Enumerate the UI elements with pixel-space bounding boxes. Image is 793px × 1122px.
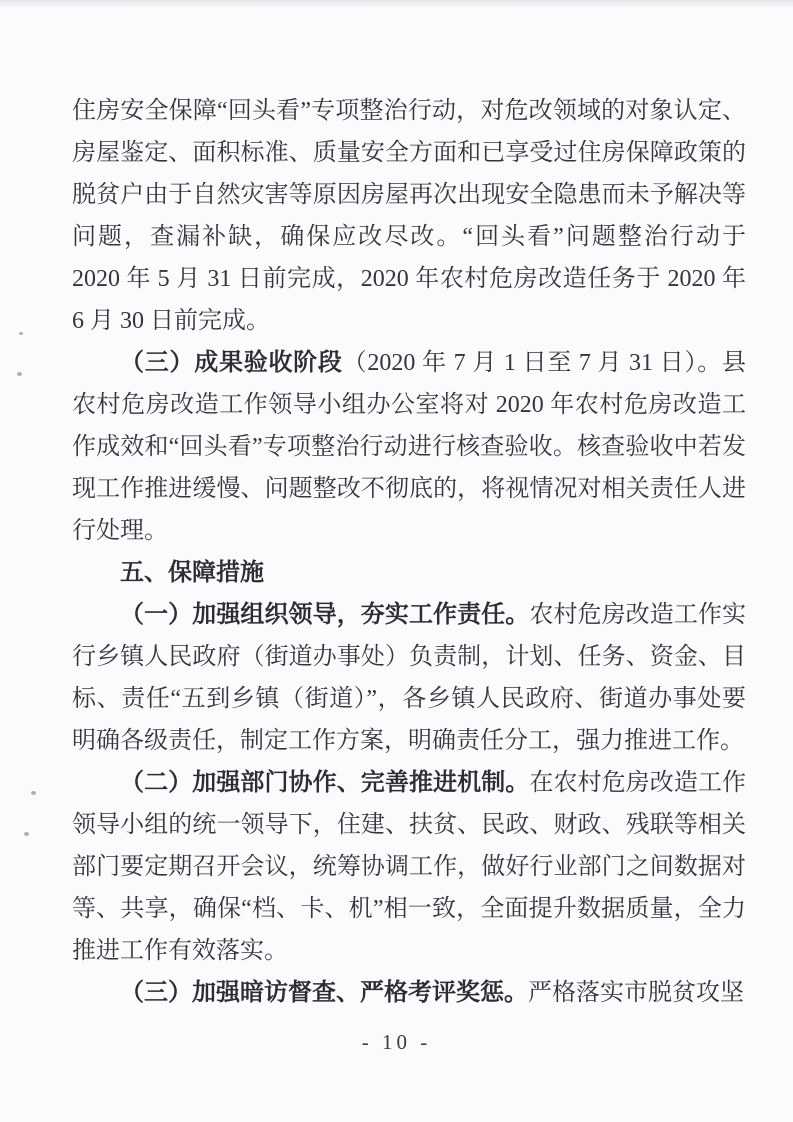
paragraph-acceptance-stage: （三）成果验收阶段（2020 年 7 月 1 日至 7 月 31 日）。县农村危… [72,342,746,552]
document-body: 住房安全保障“回头看”专项整治行动，对危改领域的对象认定、房屋鉴定、面积标准、质… [72,90,746,1014]
paragraph-lead: （三）成果验收阶段 [120,349,343,376]
scan-artifact-speck [17,372,22,376]
page-number: - 10 - [0,1030,793,1055]
section-heading-text: 五、保障措施 [120,559,264,586]
paragraph-strengthen-leadership: （一）加强组织领导，夯实工作责任。农村危房改造工作实行乡镇人民政府（街道办事处）… [72,594,746,762]
paragraph-lead: （二）加强部门协作、完善推进机制。 [120,769,529,796]
paragraph-lead: （一）加强组织领导，夯实工作责任。 [120,601,529,628]
paragraph-department-coordination: （二）加强部门协作、完善推进机制。在农村危房改造工作领导小组的统一领导下，住建、… [72,762,746,972]
paragraph-text: 住房安全保障“回头看”专项整治行动，对危改领域的对象认定、房屋鉴定、面积标准、质… [72,98,746,334]
scan-artifact-speck [24,832,29,836]
paragraph-text: （2020 年 7 月 1 日至 7 月 31 日）。县农村危房改造工作领导小组… [72,350,746,544]
paragraph-text: 严格落实市脱贫攻坚 [528,980,744,1006]
paragraph-inspection-evaluation: （三）加强暗访督查、严格考评奖惩。严格落实市脱贫攻坚 [72,972,746,1014]
paragraph-lead: （三）加强暗访督查、严格考评奖惩。 [120,979,528,1006]
paragraph-continuation: 住房安全保障“回头看”专项整治行动，对危改领域的对象认定、房屋鉴定、面积标准、质… [72,90,746,342]
scanned-document-page: 住房安全保障“回头看”专项整治行动，对危改领域的对象认定、房屋鉴定、面积标准、质… [0,0,793,1122]
paragraph-text: 在农村危房改造工作领导小组的统一领导下，住建、扶贫、民政、财政、残联等相关部门要… [72,770,746,964]
scan-artifact-speck [19,332,23,335]
scan-artifact-speck [31,791,36,795]
section-heading-safeguard-measures: 五、保障措施 [72,552,746,594]
